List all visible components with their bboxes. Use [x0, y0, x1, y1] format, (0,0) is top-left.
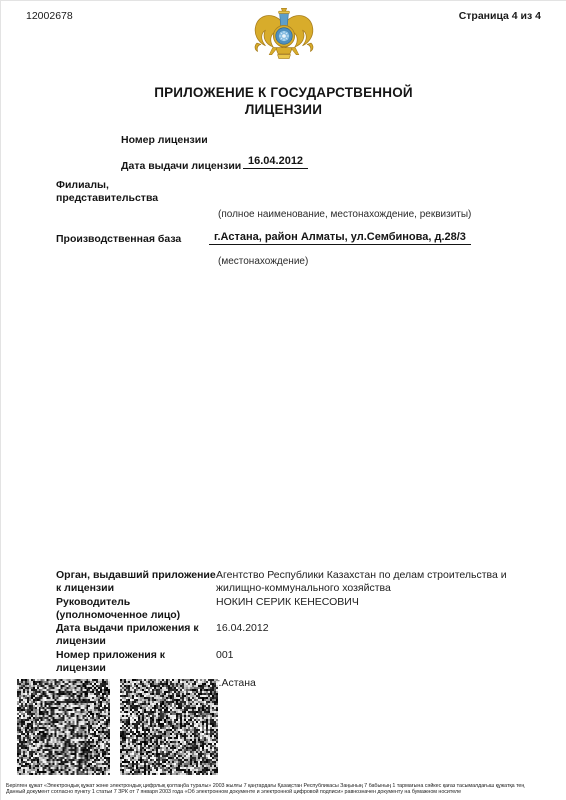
security-barcode-right — [120, 679, 218, 775]
page-indicator: Страница 4 из 4 — [459, 10, 541, 22]
detail-label: Номер приложения к лицензии — [56, 649, 216, 675]
detail-value: Агентство Республики Казахстан по делам … — [216, 569, 548, 595]
license-number-label: Номер лицензии — [121, 134, 208, 146]
detail-label: Дата выдачи приложения к лицензии — [56, 622, 216, 648]
production-base-hint: (местонахождение) — [218, 256, 308, 267]
detail-label: Руководитель (уполномоченное лицо) — [56, 596, 216, 622]
branches-label: Филиалы, представительства — [56, 179, 181, 205]
detail-value: г.Астана — [216, 677, 548, 690]
license-appendix-page: 12002678 Страница 4 из 4 — [0, 0, 566, 800]
document-number: 12002678 — [26, 10, 73, 22]
branches-hint: (полное наименование, местонахождение, р… — [218, 209, 471, 220]
issue-date-label: Дата выдачи лицензии — [121, 160, 241, 172]
page-title: ПРИЛОЖЕНИЕ К ГОСУДАРСТВЕННОЙ ЛИЦЕНЗИИ — [1, 84, 566, 118]
production-base-value: г.Астана, район Алматы, ул.Сембинова, д.… — [209, 231, 471, 245]
kazakhstan-state-emblem-icon — [251, 7, 317, 65]
detail-value: 001 — [216, 649, 548, 662]
legal-footer: Берілген құжат «Электрондық құжат және э… — [6, 783, 562, 796]
detail-row-issuing-authority: Орган, выдавший приложение к лицензии Аг… — [56, 569, 548, 595]
security-barcode-left — [17, 679, 110, 775]
detail-label: Орган, выдавший приложение к лицензии — [56, 569, 216, 595]
detail-row-appendix-issue-date: Дата выдачи приложения к лицензии 16.04.… — [56, 622, 548, 648]
page-title-line1: ПРИЛОЖЕНИЕ К ГОСУДАРСТВЕННОЙ — [1, 84, 566, 101]
detail-value: НОКИН СЕРИК КЕНЕСОВИЧ — [216, 596, 548, 609]
issue-date-value: 16.04.2012 — [243, 155, 308, 169]
legal-footer-line-ru: Данный документ согласно пункту 1 статьи… — [6, 789, 562, 795]
detail-row-appendix-number: Номер приложения к лицензии 001 — [56, 649, 548, 675]
appendix-details-table: Орган, выдавший приложение к лицензии Аг… — [56, 569, 548, 690]
issue-date-row: Дата выдачи лицензии 16.04.2012 — [121, 156, 241, 174]
detail-row-head-official: Руководитель (уполномоченное лицо) НОКИН… — [56, 596, 548, 622]
page-title-line2: ЛИЦЕНЗИИ — [1, 101, 566, 118]
production-base-label: Производственная база — [56, 233, 181, 245]
detail-value: 16.04.2012 — [216, 622, 548, 635]
